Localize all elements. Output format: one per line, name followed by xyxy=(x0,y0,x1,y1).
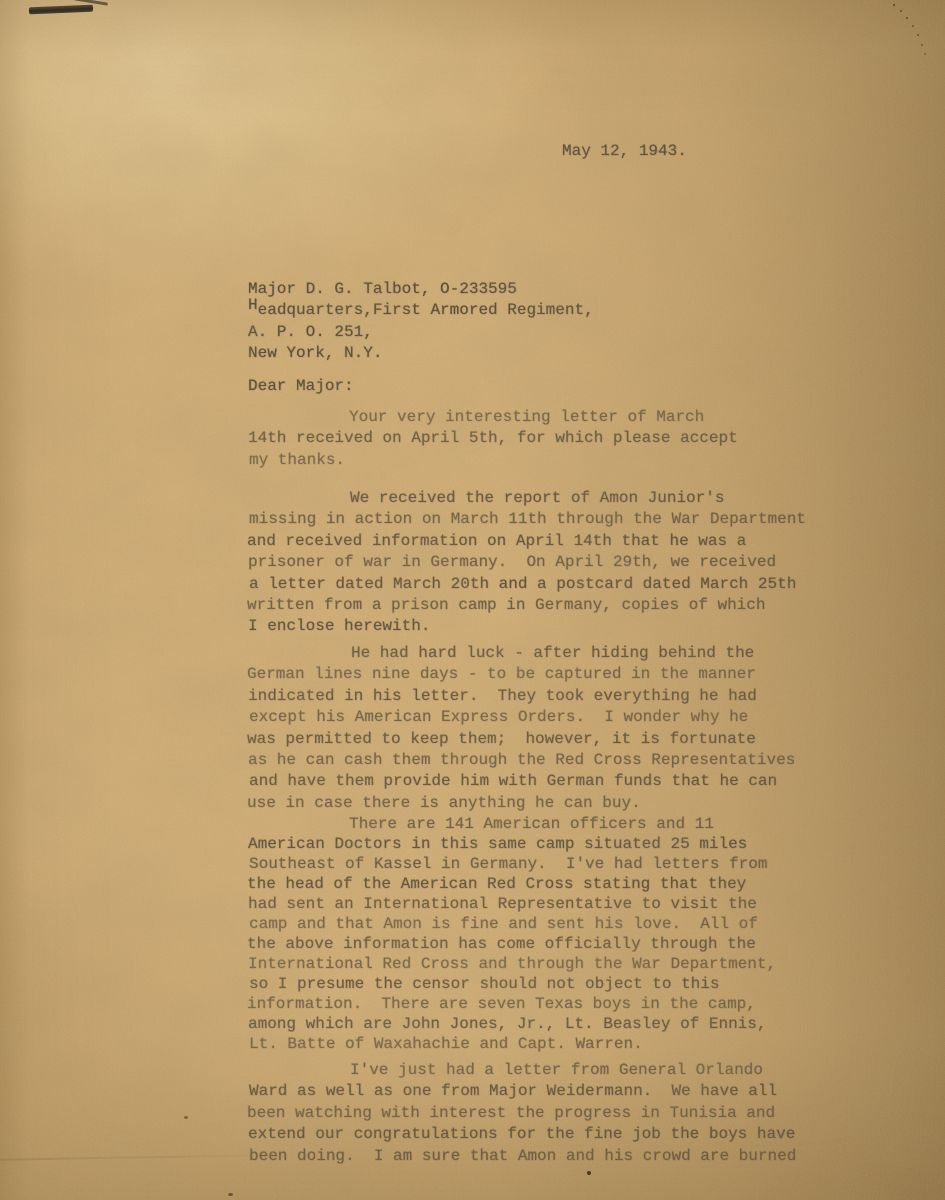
letter-line: among which are John Jones, Jr., Lt. Bea… xyxy=(248,1014,776,1034)
letter-line: and received information on April 14th t… xyxy=(247,531,804,552)
letter-line: German lines nine days - to be captured … xyxy=(247,664,794,685)
paragraph-1: Your very interesting letter of March14t… xyxy=(248,407,738,471)
letter-line: We received the report of Amon Junior's xyxy=(248,488,805,509)
paragraph-3: He had hard luck - after hiding behind t… xyxy=(248,643,795,814)
letter-line: use in case there is anything he can buy… xyxy=(247,793,794,814)
letter-line: I've just had a letter from General Orla… xyxy=(248,1060,795,1081)
letter-line: indicated in his letter. They took every… xyxy=(248,686,795,707)
letter-line: He had hard luck - after hiding behind t… xyxy=(249,643,796,664)
recipient-name: Major D. G. Talbot, O-233595 xyxy=(248,279,594,300)
raised-initial: H xyxy=(248,296,258,314)
paragraph-4: There are 141 American officers and 11Am… xyxy=(248,814,776,1054)
letter-line: Southeast of Kassel in Germany. I've had… xyxy=(249,854,777,874)
letter-line: Ward as well as one from Major Weiderman… xyxy=(249,1081,796,1102)
salutation: Dear Major: xyxy=(248,377,354,395)
letter-line: Your very interesting letter of March xyxy=(247,407,737,428)
letter-line: written from a prison camp in Germany, c… xyxy=(247,595,804,616)
letter-line: There are 141 American officers and 11 xyxy=(247,814,775,834)
letter-line: as he can cash them through the Red Cros… xyxy=(248,750,795,771)
letter-line: except his American Express Orders. I wo… xyxy=(249,707,796,728)
letter-line: a letter dated March 20th and a postcard… xyxy=(249,574,806,595)
letter-date: May 12, 1943. xyxy=(562,142,687,160)
letter-line: information. There are seven Texas boys … xyxy=(247,994,775,1014)
letter-line: the head of the American Red Cross stati… xyxy=(247,874,775,894)
letter-line: had sent an International Representative… xyxy=(248,894,776,914)
letter-line: extend our congratulations for the fine … xyxy=(248,1124,795,1145)
letter-line: been watching with interest the progress… xyxy=(247,1103,794,1124)
paragraph-2: We received the report of Amon Junior'sm… xyxy=(248,488,805,638)
ink-specks xyxy=(893,4,895,6)
letter-page: May 12, 1943. Major D. G. Talbot, O-2335… xyxy=(0,0,945,1200)
recipient-unit: Headquarters,First Armored Regiment, xyxy=(248,300,594,321)
letter-line: Lt. Batte of Waxahachie and Capt. Warren… xyxy=(249,1034,777,1054)
paper-speck xyxy=(587,1171,591,1175)
letter-line: International Red Cross and through the … xyxy=(248,954,776,974)
recipient-city: New York, N.Y. xyxy=(248,343,594,364)
letter-line: so I presume the censor should not objec… xyxy=(249,974,777,994)
typed-text-layer: May 12, 1943. Major D. G. Talbot, O-2335… xyxy=(0,0,945,1200)
recipient-apo: A. P. O. 251, xyxy=(248,322,594,343)
recipient-unit-rest: eadquarters,First Armored Regiment, xyxy=(258,301,594,319)
paragraph-5: I've just had a letter from General Orla… xyxy=(248,1060,795,1167)
letter-line: I enclose herewith. xyxy=(248,616,805,637)
recipient-address: Major D. G. Talbot, O-233595 Headquarter… xyxy=(248,279,594,365)
letter-line: 14th received on April 5th, for which pl… xyxy=(248,428,738,449)
paper-speck xyxy=(228,1193,233,1196)
letter-line: was permitted to keep them; however, it … xyxy=(247,729,794,750)
letter-line: camp and that Amon is fine and sent his … xyxy=(249,914,777,934)
letter-line: missing in action on March 11th through … xyxy=(249,509,806,530)
paper-speck xyxy=(184,1116,188,1119)
letter-line: and have them provide him with German fu… xyxy=(249,771,796,792)
letter-line: my thanks. xyxy=(249,450,739,471)
letter-line: prisoner of war in Germany. On April 29t… xyxy=(248,552,805,573)
letter-line: been doing. I am sure that Amon and his … xyxy=(249,1146,796,1167)
letter-line: the above information has come officiall… xyxy=(247,934,775,954)
letter-line: American Doctors in this same camp situa… xyxy=(248,834,776,854)
